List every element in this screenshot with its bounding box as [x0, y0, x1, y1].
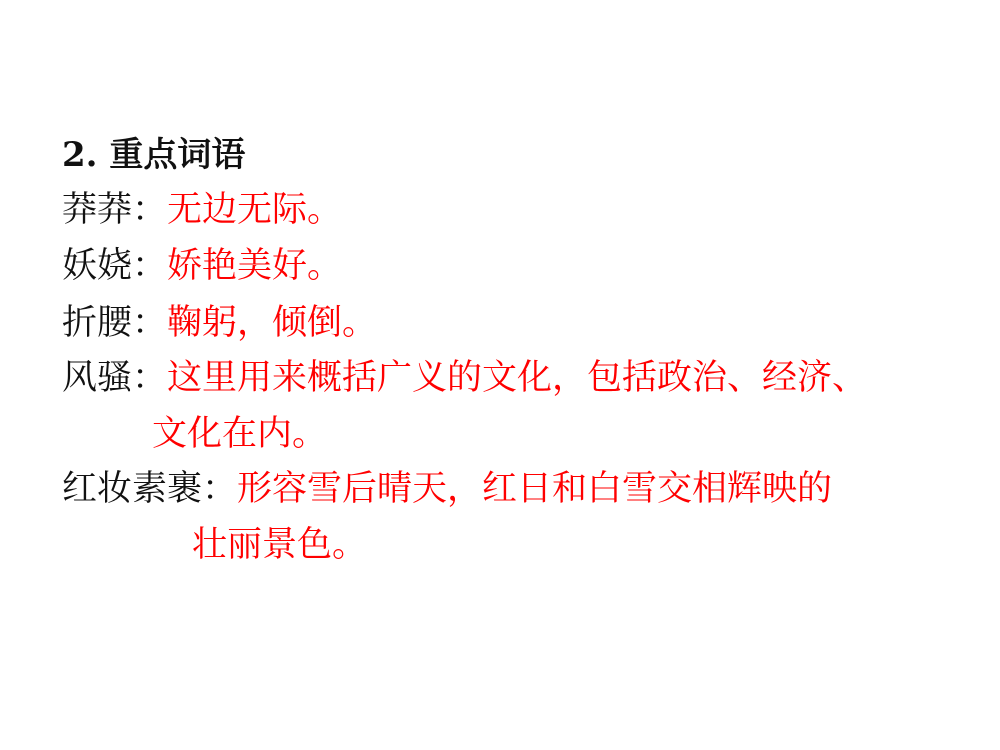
definition: 形容雪后晴天，红日和白雪交相辉映的 [237, 469, 832, 509]
definition-continuation: 文化在内。 [152, 412, 327, 456]
definition: 无边无际。 [167, 190, 342, 230]
term: 折腰： [62, 303, 167, 343]
vocab-entry: 妖娆：娇艳美好。 [62, 244, 342, 288]
vocab-entry: 风骚：这里用来概括广义的文化，包括政治、经济、 [62, 356, 867, 400]
definition: 娇艳美好。 [167, 246, 342, 286]
vocab-entry: 红妆素裹：形容雪后晴天，红日和白雪交相辉映的 [62, 467, 832, 511]
section-heading: 2. 重点词语 [62, 133, 245, 177]
definition-continuation: 壮丽景色。 [192, 523, 367, 567]
term: 红妆素裹： [62, 469, 237, 509]
term: 妖娆： [62, 246, 167, 286]
definition: 这里用来概括广义的文化，包括政治、经济、 [167, 358, 867, 398]
definition: 鞠躬，倾倒。 [167, 303, 377, 343]
vocab-entry: 折腰：鞠躬，倾倒。 [62, 301, 377, 345]
vocab-entry: 莽莽：无边无际。 [62, 188, 342, 232]
term: 莽莽： [62, 190, 167, 230]
slide: 2. 重点词语 莽莽：无边无际。 妖娆：娇艳美好。 折腰：鞠躬，倾倒。 风骚：这… [0, 0, 1000, 750]
term: 风骚： [62, 358, 167, 398]
